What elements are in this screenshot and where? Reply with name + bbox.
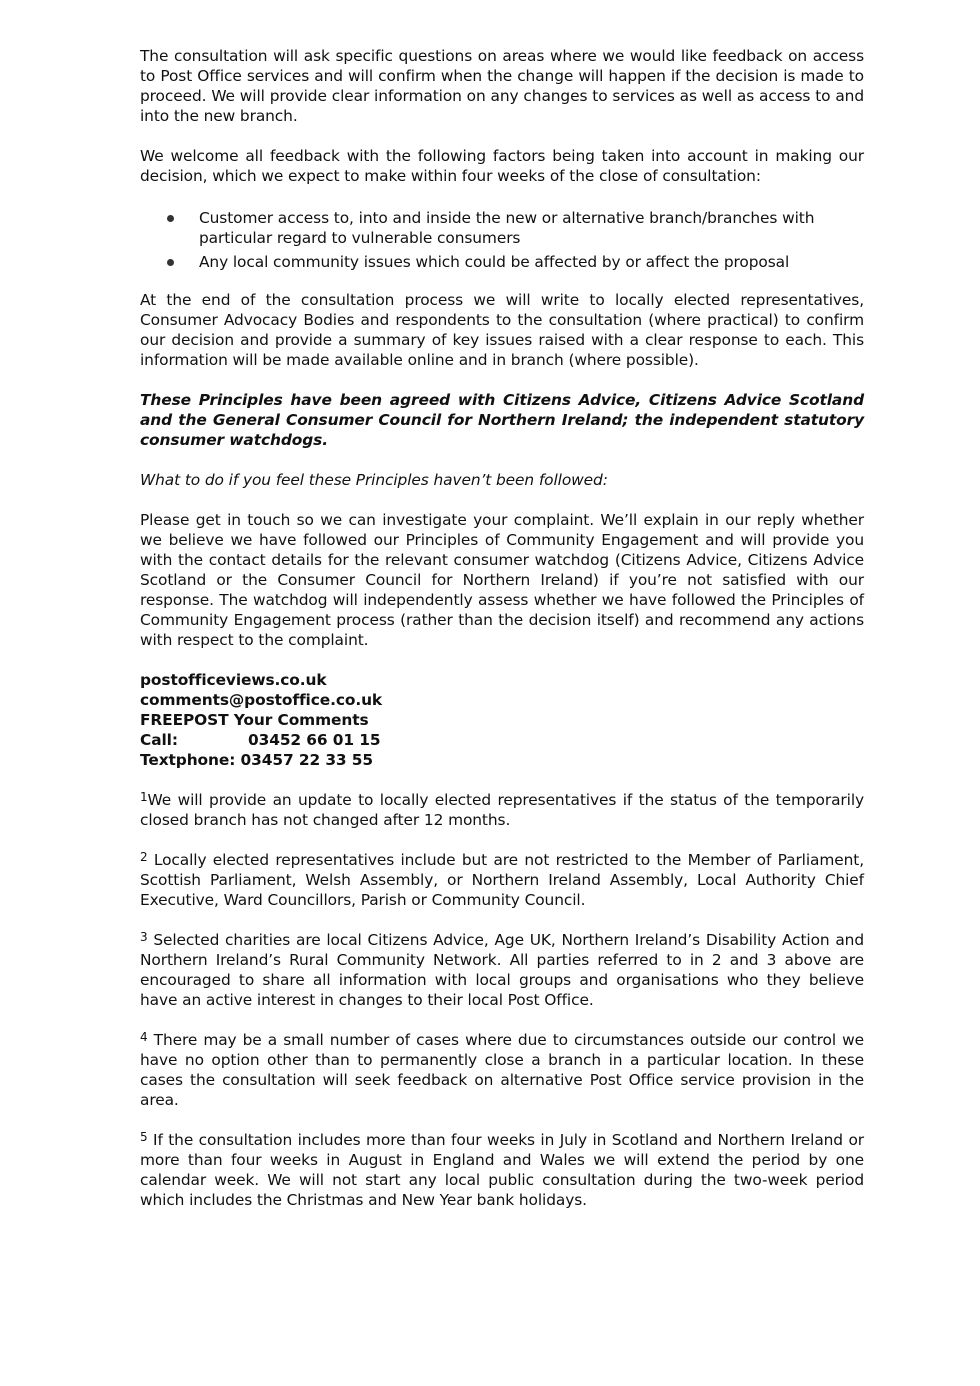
consultation-questions-paragraph: The consultation will ask specific quest… [140,46,864,126]
call-number[interactable]: 03452 66 01 15 [248,731,380,749]
what-to-do-heading: What to do if you feel these Principles … [140,470,864,490]
end-of-process-paragraph: At the end of the consultation process w… [140,290,864,370]
footnote-text: Selected charities are local Citizens Ad… [140,931,864,1009]
factors-list: Customer access to, into and inside the … [140,208,864,272]
footnote-1: 1We will provide an update to locally el… [140,790,864,830]
bullet-icon [167,259,174,266]
freepost-address: FREEPOST Your Comments [140,710,864,730]
list-item-text: Customer access to, into and inside the … [199,209,814,247]
principles-agreed-paragraph: These Principles have been agreed with C… [140,390,864,450]
footnote-number: 5 [140,1130,148,1144]
textphone-line: Textphone: 03457 22 33 55 [140,750,864,770]
footnote-2: 2 Locally elected representatives includ… [140,850,864,910]
call-label: Call: [140,730,248,750]
email-link[interactable]: comments@postoffice.co.uk [140,690,864,710]
list-item-text: Any local community issues which could b… [199,253,789,271]
textphone-number[interactable]: 03457 22 33 55 [241,751,373,769]
welcome-feedback-paragraph: We welcome all feedback with the followi… [140,146,864,186]
complaint-paragraph: Please get in touch so we can investigat… [140,510,864,650]
list-item: Customer access to, into and inside the … [140,208,864,248]
textphone-label: Textphone: [140,750,235,770]
footnote-number: 4 [140,1030,148,1044]
contact-block: postofficeviews.co.uk comments@postoffic… [140,670,864,770]
footnote-5: 5 If the consultation includes more than… [140,1130,864,1210]
footnote-number: 3 [140,930,148,944]
footnote-text: There may be a small number of cases whe… [140,1031,864,1109]
footnote-text: If the consultation includes more than f… [140,1131,864,1209]
footnote-text: Locally elected representatives include … [140,851,864,909]
call-line: Call:03452 66 01 15 [140,730,864,750]
footnote-text: We will provide an update to locally ele… [140,791,864,829]
bullet-icon [167,215,174,222]
footnote-3: 3 Selected charities are local Citizens … [140,930,864,1010]
footnote-number: 2 [140,850,148,864]
footnote-number: 1 [140,790,148,804]
list-item: Any local community issues which could b… [140,252,864,272]
document-page: The consultation will ask specific quest… [140,46,864,1230]
footnote-4: 4 There may be a small number of cases w… [140,1030,864,1110]
website-link[interactable]: postofficeviews.co.uk [140,670,864,690]
